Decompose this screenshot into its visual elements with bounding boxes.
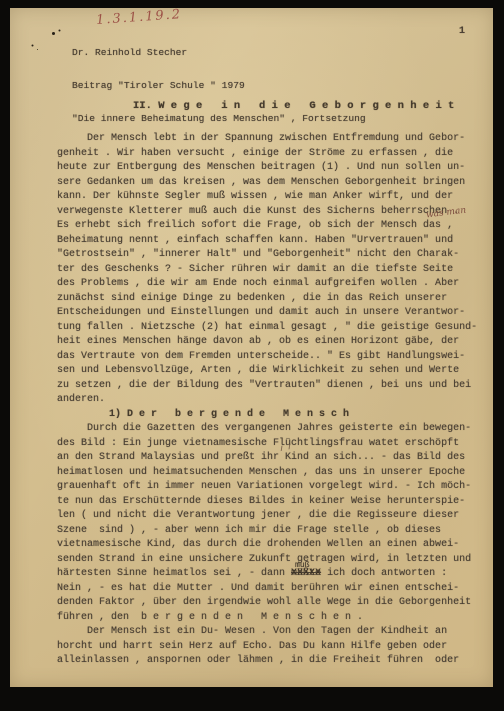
scanned-typewritten-page: 1.3.1.19.2 Dr. Reinhold Stecher Beitrag … xyxy=(0,0,504,711)
text-line: senden Strand in eine unsichere Zukunft … xyxy=(57,553,493,568)
overtyped-word: müßteXXXXXmuß xyxy=(291,567,321,582)
text-line: kann. Der kühnste Segler muß wissen , wi… xyxy=(57,190,493,205)
text-line: an den Strand Malaysias und preßt ihr Ki… xyxy=(57,451,493,466)
typed-correction-above: muß xyxy=(295,559,309,574)
text-line: tung fallen . Nietzsche (2) hat einmal g… xyxy=(57,321,493,336)
paragraph-2-part-a: Durch die Gazetten des vergangenen Jahre… xyxy=(57,422,493,567)
text-line: heit eines Menschen hänge davon ab , ob … xyxy=(57,335,493,350)
ink-specks xyxy=(52,32,55,35)
page-number: 1 xyxy=(459,26,465,37)
text-line: sen und Lebensvollzüge, Arten , die Wirk… xyxy=(57,364,493,379)
text-line: zunächst sind einige Dinge zu bedenken ,… xyxy=(57,292,493,307)
section-subheading: 1) D e r b e r g e n d e M e n s c h xyxy=(57,408,493,423)
text-line: Es erhebt sich freilich sofort die Frage… xyxy=(57,219,493,234)
text-line: zu setzen , die der Bildung des "Vertrau… xyxy=(57,379,493,394)
text-line: Szene sind ) , - aber wenn ich mir die F… xyxy=(57,524,493,539)
chapter-title: II. W e g e i n d i e G e b o r g e n h … xyxy=(133,100,454,112)
paper-sheet: 1.3.1.19.2 Dr. Reinhold Stecher Beitrag … xyxy=(10,8,493,687)
text-line: Der Mensch ist ein Du- Wesen . Von den T… xyxy=(57,625,493,640)
text-line: Nein , - es hat die Mutter . Und damit b… xyxy=(57,582,493,597)
text-line: len ( und nicht die Verantwortung jener … xyxy=(57,509,493,524)
text-line: Durch die Gazetten des vergangenen Jahre… xyxy=(57,422,493,437)
paragraph-1: Der Mensch lebt in der Spannung zwischen… xyxy=(57,132,493,408)
text-line: Entscheidungen und Einstellungen und dam… xyxy=(57,306,493,321)
text-line: heimatlosen und heimatsuchenden Menschen… xyxy=(57,466,493,481)
text-line: des Bild : Ein junge vietnamesische Flüc… xyxy=(57,437,493,452)
text-line: genheit . Wir haben versucht , einige de… xyxy=(57,147,493,162)
text-line: das Vertraute von dem Fremden unterschei… xyxy=(57,350,493,365)
text-line: anderen. xyxy=(57,393,493,408)
text-line: grauenhaft oft in immer neuen Variatione… xyxy=(57,480,493,495)
text-line: sere Gedanken um das kreisen , was dem M… xyxy=(57,176,493,191)
text-line: denden Faktor , über den irgendwie wohl … xyxy=(57,596,493,611)
text-line-with-correction: härtesten Sinne heimatlos sei , - dann m… xyxy=(57,567,493,582)
text-line: alleinlassen , anspornen oder lähmen , i… xyxy=(57,654,493,669)
text-line: heute zur Entbergung des Menschen beitra… xyxy=(57,161,493,176)
text-line: "Getrostsein" , "innerer Halt" und "Gebo… xyxy=(57,248,493,263)
contribution-line: Beitrag "Tiroler Schule " 1979 xyxy=(72,80,366,91)
document-header: Dr. Reinhold Stecher Beitrag "Tiroler Sc… xyxy=(72,25,366,146)
paragraph-2-part-b: Nein , - es hat die Mutter . Und damit b… xyxy=(57,582,493,626)
correction-prefix: härtesten Sinne heimatlos sei , - dann xyxy=(57,568,291,579)
subtitle-line: "Die innere Beheimatung des Menschen" , … xyxy=(72,113,366,124)
text-line: ter des Geschenks ? - Sicher rühren wir … xyxy=(57,263,493,278)
text-line: vietnamesische Kind, das durch die drohe… xyxy=(57,538,493,553)
correction-suffix: ich doch antworten : xyxy=(321,568,447,579)
text-line: te nun das Erschütternde dieses Bildes i… xyxy=(57,495,493,510)
text-line: horcht und harrt sein Herz auf Echo. Das… xyxy=(57,640,493,655)
text-line: des Problems , die wir am Ende noch einm… xyxy=(57,277,493,292)
text-line: Der Mensch lebt in der Spannung zwischen… xyxy=(57,132,493,147)
author-line: Dr. Reinhold Stecher xyxy=(72,47,366,58)
text-line: führen , den b e r g e n d e n M e n s c… xyxy=(57,611,493,626)
text-line: Beheimatung nennt , einfach schaffen kan… xyxy=(57,234,493,249)
paragraph-3: Der Mensch ist ein Du- Wesen . Von den T… xyxy=(57,625,493,669)
